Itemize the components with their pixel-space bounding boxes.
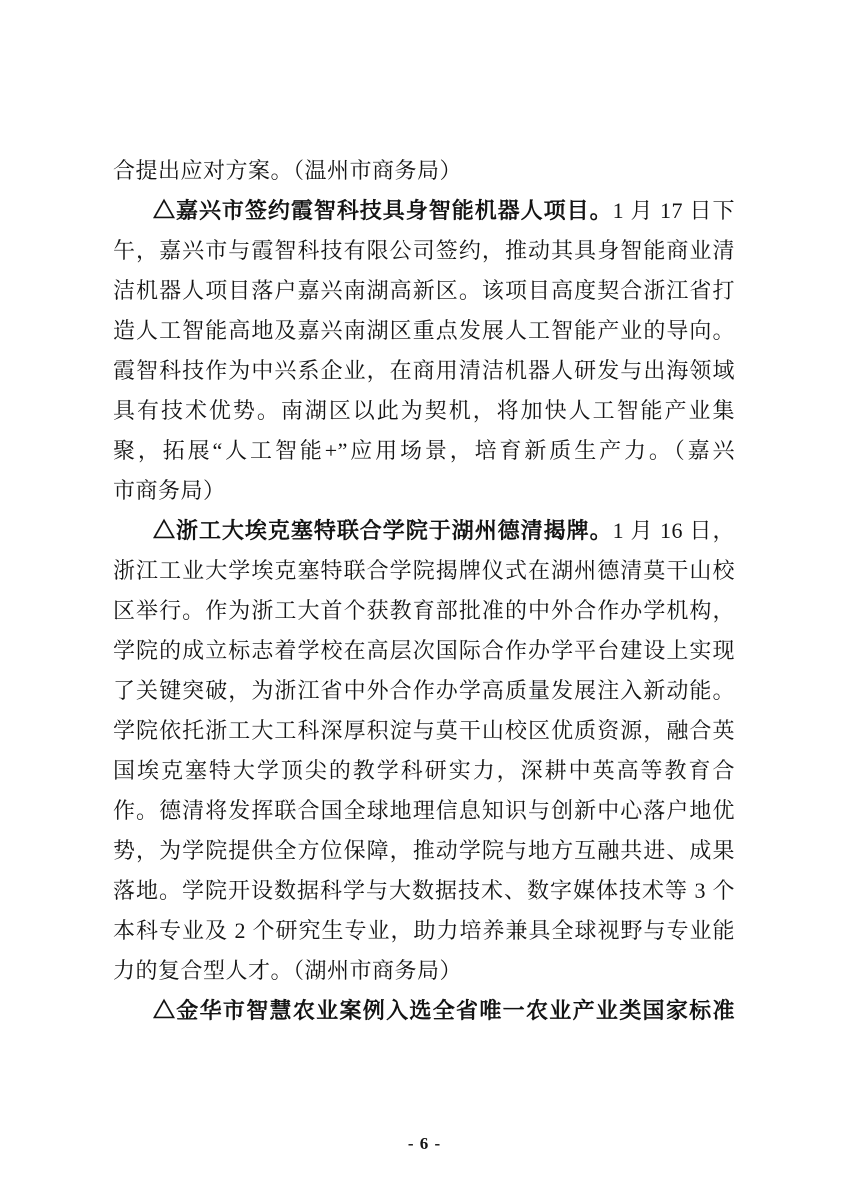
body-text: 学院的成立标志着学校在高层次国际合作办学平台建设上实现 [113, 638, 735, 663]
body-text: 市商务局） [113, 478, 226, 503]
text-line: 学院依托浙工大工科深厚积淀与莫干山校区优质资源，融合英 [113, 711, 735, 751]
body-text: 1 月 16 日， [613, 518, 735, 543]
headline-text: △浙工大埃克塞特联合学院于湖州德清揭牌。 [153, 518, 613, 543]
body-text: 力的复合型人才。（湖州市商务局） [113, 958, 462, 983]
paragraph-wenzhou-continued: 合提出应对方案。（温州市商务局） [113, 151, 735, 191]
text-line: 聚，拓展“人工智能+”应用场景，培育新质生产力。（嘉兴 [113, 431, 735, 471]
body-text: 合提出应对方案。（温州市商务局） [113, 158, 462, 183]
text-line: 作。德清将发挥联合国全球地理信息知识与创新中心落户地优 [113, 791, 735, 831]
body-text: 洁机器人项目落户嘉兴南湖高新区。该项目高度契合浙江省打 [113, 278, 735, 303]
text-line: 学院的成立标志着学校在高层次国际合作办学平台建设上实现 [113, 631, 735, 671]
body-text: 造人工智能高地及嘉兴南湖区重点发展人工智能产业的导向。 [113, 318, 735, 343]
headline-text: △金华市智慧农业案例入选全省唯一农业产业类国家标准 [153, 998, 735, 1023]
text-block: 合提出应对方案。（温州市商务局）△嘉兴市签约霞智科技具身智能机器人项目。1 月 … [113, 151, 735, 1031]
page-number: - 6 - [0, 1134, 849, 1154]
body-text: 午，嘉兴市与霞智科技有限公司签约，推动其具身智能商业清 [113, 238, 735, 263]
text-line: 势，为学院提供全方位保障，推动学院与地方互融共进、成果 [113, 831, 735, 871]
text-line: 洁机器人项目落户嘉兴南湖高新区。该项目高度契合浙江省打 [113, 271, 735, 311]
body-text: 具有技术优势。南湖区以此为契机，将加快人工智能产业集 [113, 398, 735, 423]
text-line: 午，嘉兴市与霞智科技有限公司签约，推动其具身智能商业清 [113, 231, 735, 271]
text-line: 具有技术优势。南湖区以此为契机，将加快人工智能产业集 [113, 391, 735, 431]
paragraph-jinhua-smart-agriculture: △金华市智慧农业案例入选全省唯一农业产业类国家标准 [113, 991, 735, 1031]
document-page: 合提出应对方案。（温州市商务局）△嘉兴市签约霞智科技具身智能机器人项目。1 月 … [0, 0, 849, 1200]
body-text: 学院依托浙工大工科深厚积淀与莫干山校区优质资源，融合英 [113, 718, 735, 743]
body-text: 本科专业及 2 个研究生专业，助力培养兼具全球视野与专业能 [113, 918, 735, 943]
body-text: 区举行。作为浙工大首个获教育部批准的中外合作办学机构， [113, 598, 735, 623]
text-line: 国埃克塞特大学顶尖的教学科研实力，深耕中英高等教育合 [113, 751, 735, 791]
body-text: 霞智科技作为中兴系企业，在商用清洁机器人研发与出海领域 [113, 358, 735, 383]
body-text: 浙江工业大学埃克塞特联合学院揭牌仪式在湖州德清莫干山校 [113, 558, 735, 583]
body-text: 国埃克塞特大学顶尖的教学科研实力，深耕中英高等教育合 [113, 758, 735, 783]
paragraph-zhejiang-exeter-college: △浙工大埃克塞特联合学院于湖州德清揭牌。1 月 16 日，浙江工业大学埃克塞特联… [113, 511, 735, 991]
text-line: 造人工智能高地及嘉兴南湖区重点发展人工智能产业的导向。 [113, 311, 735, 351]
text-line: 了关键突破，为浙江省中外合作办学高质量发展注入新动能。 [113, 671, 735, 711]
text-line: △浙工大埃克塞特联合学院于湖州德清揭牌。1 月 16 日， [113, 511, 735, 551]
text-line: 合提出应对方案。（温州市商务局） [113, 151, 735, 191]
text-line: 霞智科技作为中兴系企业，在商用清洁机器人研发与出海领域 [113, 351, 735, 391]
paragraph-jiaxing-xiazhi-robot: △嘉兴市签约霞智科技具身智能机器人项目。1 月 17 日下午，嘉兴市与霞智科技有… [113, 191, 735, 511]
text-line: △金华市智慧农业案例入选全省唯一农业产业类国家标准 [113, 991, 735, 1031]
text-line: 市商务局） [113, 471, 735, 511]
body-text: 1 月 17 日下 [613, 198, 735, 223]
text-line: 本科专业及 2 个研究生专业，助力培养兼具全球视野与专业能 [113, 911, 735, 951]
body-text: 了关键突破，为浙江省中外合作办学高质量发展注入新动能。 [113, 678, 735, 703]
text-line: 浙江工业大学埃克塞特联合学院揭牌仪式在湖州德清莫干山校 [113, 551, 735, 591]
body-text: 聚，拓展“人工智能+”应用场景，培育新质生产力。（嘉兴 [113, 438, 735, 463]
text-line: △嘉兴市签约霞智科技具身智能机器人项目。1 月 17 日下 [113, 191, 735, 231]
body-text: 作。德清将发挥联合国全球地理信息知识与创新中心落户地优 [113, 798, 735, 823]
headline-text: △嘉兴市签约霞智科技具身智能机器人项目。 [153, 198, 613, 223]
body-text: 落地。学院开设数据科学与大数据技术、数字媒体技术等 3 个 [113, 878, 735, 903]
text-line: 落地。学院开设数据科学与大数据技术、数字媒体技术等 3 个 [113, 871, 735, 911]
body-text: 势，为学院提供全方位保障，推动学院与地方互融共进、成果 [113, 838, 735, 863]
text-line: 力的复合型人才。（湖州市商务局） [113, 951, 735, 991]
text-line: 区举行。作为浙工大首个获教育部批准的中外合作办学机构， [113, 591, 735, 631]
